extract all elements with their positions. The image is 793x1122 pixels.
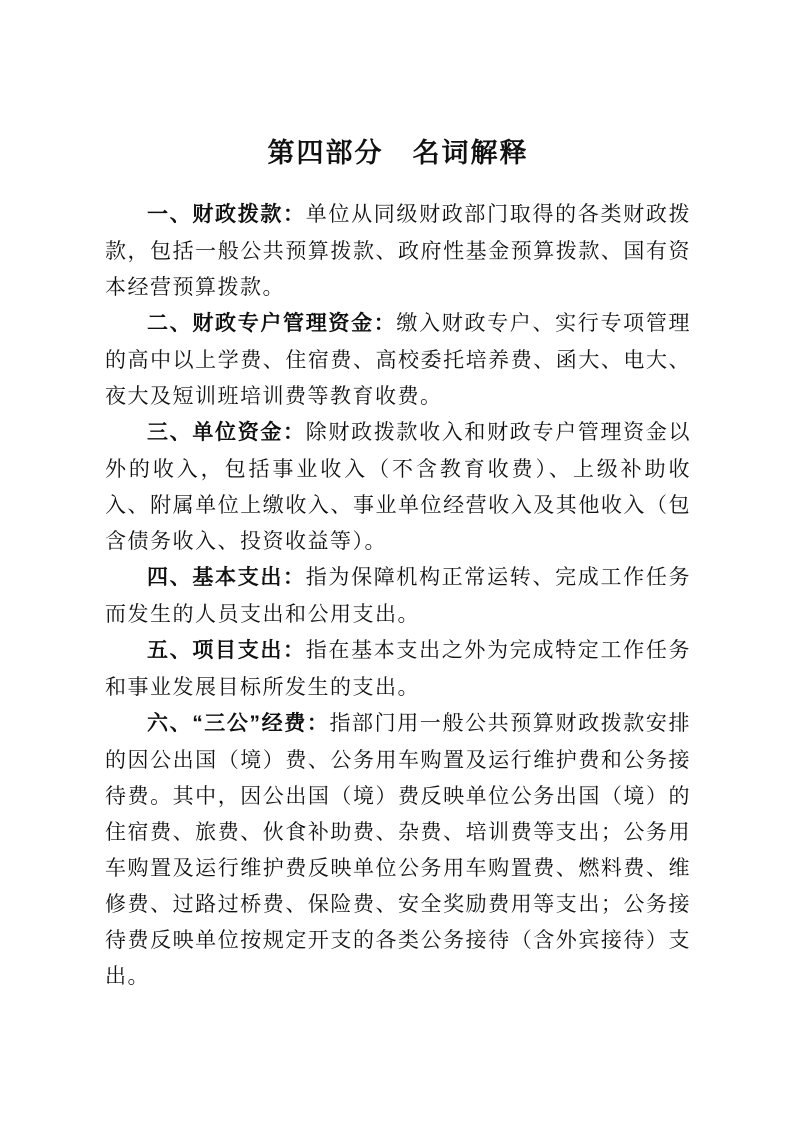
document-page: 第四部分 名词解释 一、财政拨款：单位从同级财政部门取得的各类财政拨款，包括一般…	[0, 0, 793, 1122]
term-label-4: 四、基本支出：	[147, 566, 306, 589]
definition-paragraph-2: 二、财政专户管理资金：缴入财政专户、实行专项管理的高中以上学费、住宿费、高校委托…	[105, 305, 691, 414]
document-content: 第四部分 名词解释 一、财政拨款：单位从同级财政部门取得的各类财政拨款，包括一般…	[105, 130, 691, 994]
term-label-6: 六、“三公”经费：	[147, 712, 329, 735]
definition-paragraph-1: 一、财政拨款：单位从同级财政部门取得的各类财政拨款，包括一般公共预算拨款、政府性…	[105, 196, 691, 305]
section-title: 第四部分 名词解释	[105, 130, 691, 176]
term-label-2: 二、财政专户管理资金：	[147, 312, 396, 335]
definition-paragraph-5: 五、项目支出：指在基本支出之外为完成特定工作任务和事业发展目标所发生的支出。	[105, 632, 691, 705]
definition-paragraph-3: 三、单位资金：除财政拨款收入和财政专户管理资金以外的收入，包括事业收入（不含教育…	[105, 414, 691, 559]
term-label-1: 一、财政拨款：	[147, 203, 306, 226]
definition-paragraph-6: 六、“三公”经费：指部门用一般公共预算财政拨款安排的因公出国（境）费、公务用车购…	[105, 705, 691, 994]
term-definition-6: 指部门用一般公共预算财政拨款安排的因公出国（境）费、公务用车购置及运行维护费和公…	[105, 711, 691, 988]
term-label-3: 三、单位资金：	[147, 421, 306, 444]
definition-paragraph-4: 四、基本支出：指为保障机构正常运转、完成工作任务而发生的人员支出和公用支出。	[105, 559, 691, 632]
term-label-5: 五、项目支出：	[147, 639, 306, 662]
